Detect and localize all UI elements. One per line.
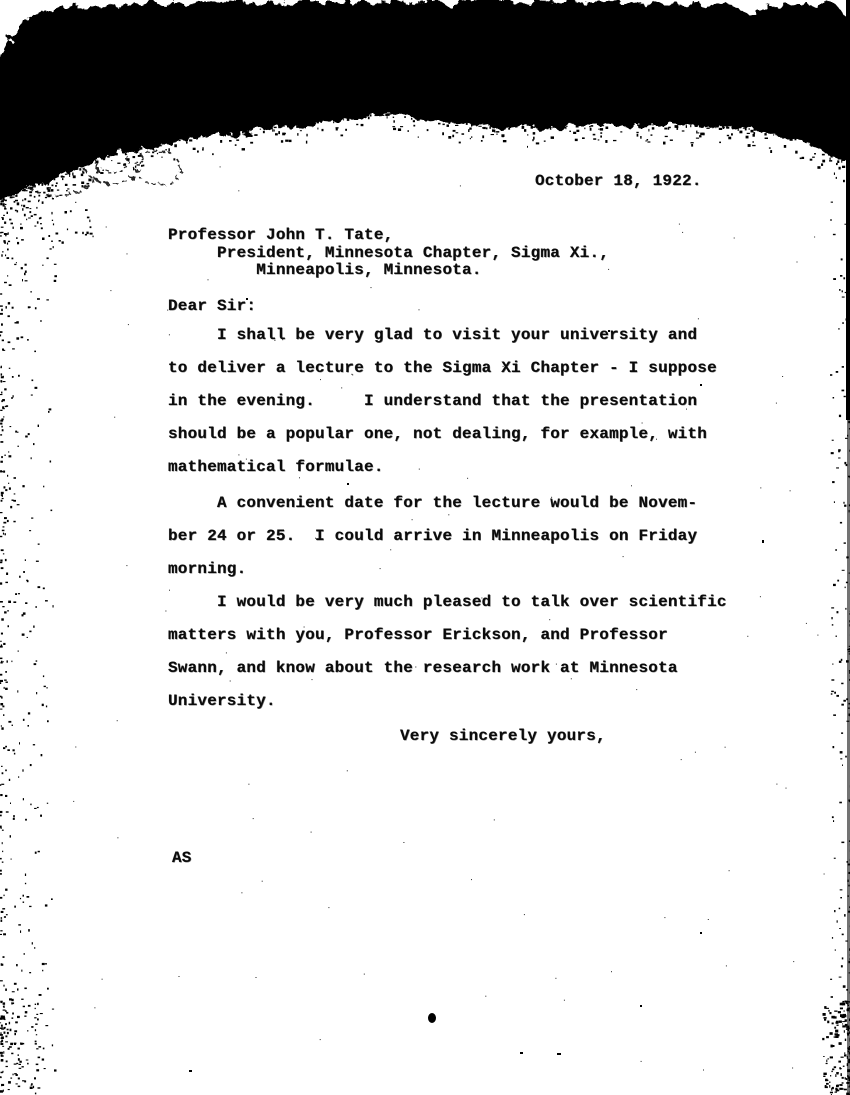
recipient-address: Professor John T. Tate, President, Minne… [168, 227, 609, 280]
body-paragraph-2: A convenient date for the lecture would … [168, 487, 697, 586]
right-edge-line [846, 0, 850, 420]
torn-black-header [0, 0, 850, 205]
date-line: October 18, 1922. [535, 171, 702, 191]
body-paragraph-1: I shall be very glad to visit your unive… [168, 319, 717, 484]
letter-page: October 18, 1922. Professor John T. Tate… [0, 0, 850, 1095]
fingerprint-smudge [18, 136, 180, 196]
closing-line: Very sincerely yours, [400, 726, 606, 746]
body-paragraph-3: I would be very much pleased to talk ove… [168, 586, 727, 718]
ink-blot [428, 1013, 436, 1023]
typist-initials: AS [172, 848, 192, 868]
salutation: Dear Sir: [168, 296, 256, 316]
